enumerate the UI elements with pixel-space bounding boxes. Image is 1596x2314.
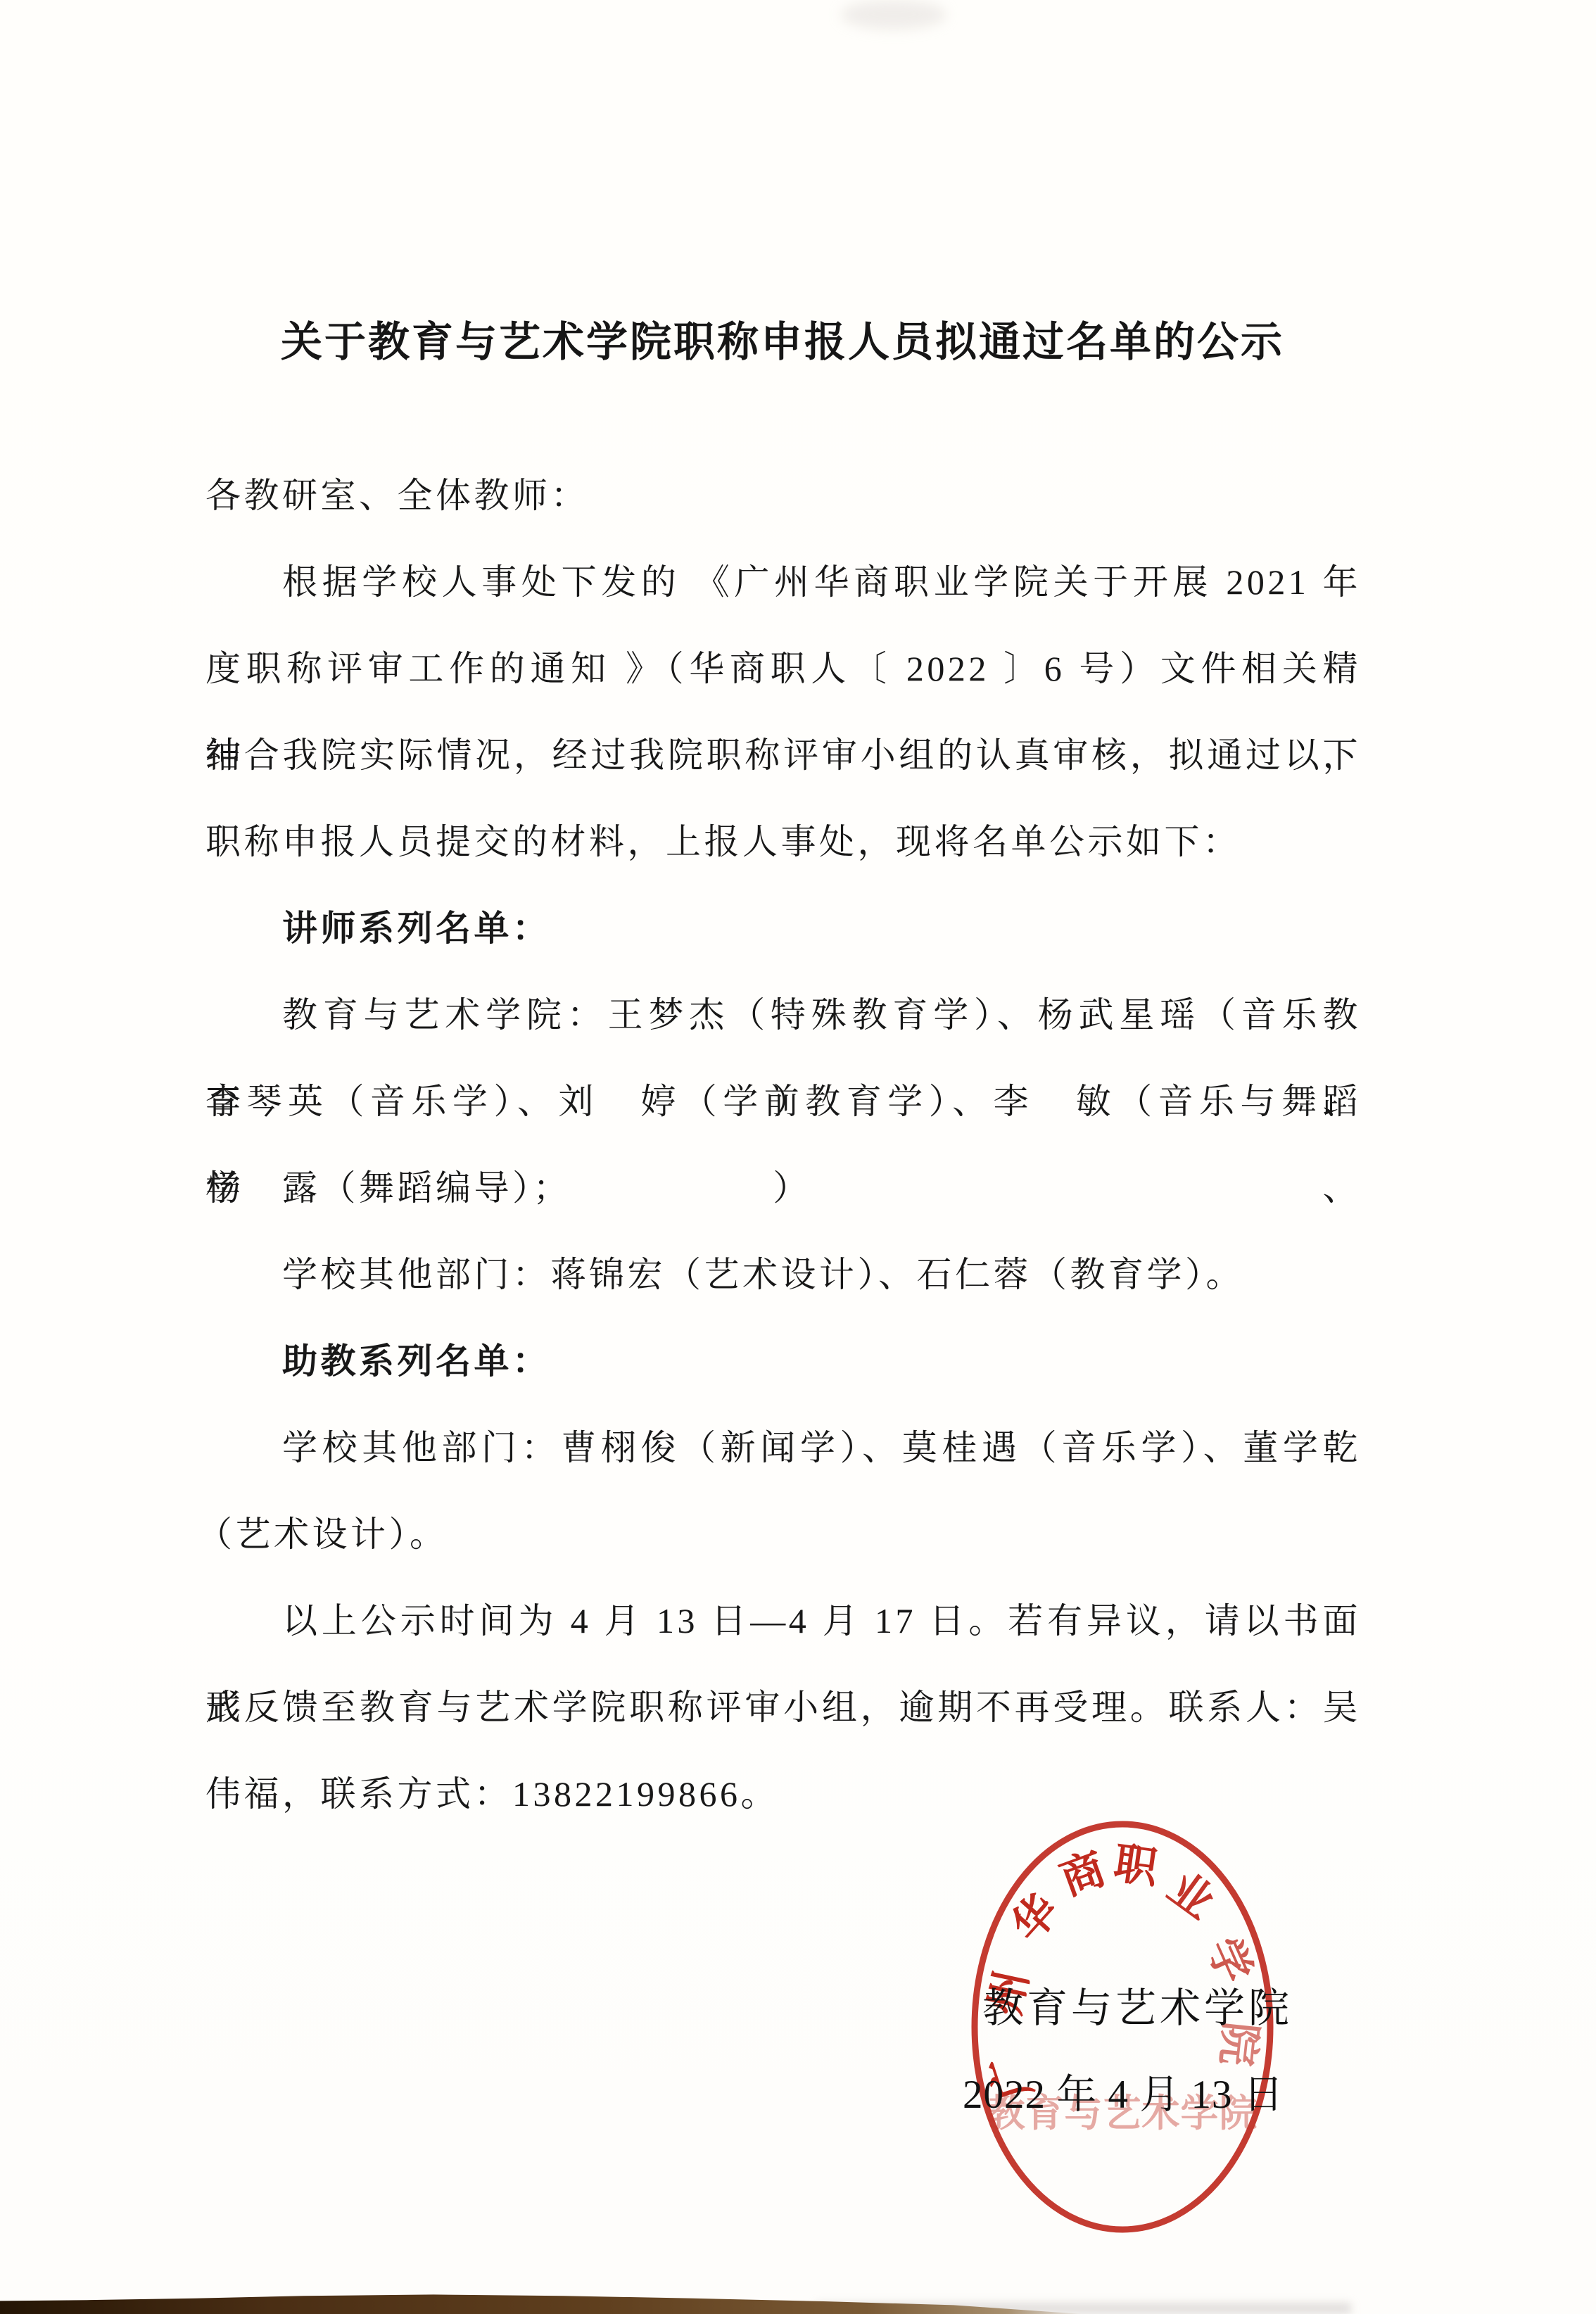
document-line: 助教系列名单： [205, 1318, 1361, 1405]
seal-ring-char: 职 [1111, 1840, 1163, 1893]
document-line: （艺术设计）。 [197, 1491, 1361, 1578]
document-line: 教育与艺术学院：王梦杰（特殊教育学）、杨武星瑶（音乐教育）、 [205, 972, 1361, 1058]
seal-ring-char: 商 [1054, 1845, 1112, 1905]
document-line: 学校其他部门：曹栩俊（新闻学）、莫桂遇（音乐学）、董学乾 [205, 1405, 1361, 1491]
document-line: 各教研室、全体教师： [205, 453, 1361, 539]
document-date: 2022 年 4 月 13 日 [963, 2062, 1284, 2120]
signature-department: 教育与艺术学院 [982, 1975, 1293, 2034]
page: 关于教育与艺术学院职称申报人员拟通过名单的公示 各教研室、全体教师：根据学校人事… [0, 0, 1596, 2314]
document-line: 李琴英（音乐学）、刘 婷（学前教育学）、李 敏（音乐与舞蹈学）、 [205, 1058, 1361, 1145]
document-line: 式反馈至教育与艺术学院职称评审小组，逾期不再受理。联系人：吴 [205, 1664, 1361, 1751]
seal-ring-char: 业 [1159, 1864, 1222, 1928]
document-line: 职称申报人员提交的材料，上报人事处，现将名单公示如下： [205, 799, 1361, 885]
document-line: 以上公示时间为 4 月 13 日—4 月 17 日。若有异议，请以书面形 [205, 1578, 1361, 1664]
document-lines: 各教研室、全体教师：根据学校人事处下发的 《广州华商职业学院关于开展 2021 … [205, 453, 1361, 1838]
scan-smudge-top [841, 0, 946, 30]
document-line: 结合我院实际情况，经过我院职称评审小组的认真审核，拟通过以下 [205, 712, 1361, 799]
document-title: 关于教育与艺术学院职称申报人员拟通过名单的公示 [205, 308, 1360, 368]
document-line: 学校其他部门：蒋锦宏（艺术设计）、石仁蓉（教育学）。 [205, 1232, 1361, 1318]
document-line: 度职称评审工作的通知 》（华商职人〔 2022 〕6 号）文件相关精神， [205, 626, 1361, 712]
document-line: 讲师系列名单： [205, 885, 1361, 972]
document-line: 根据学校人事处下发的 《广州华商职业学院关于开展 2021 年 [205, 539, 1361, 626]
